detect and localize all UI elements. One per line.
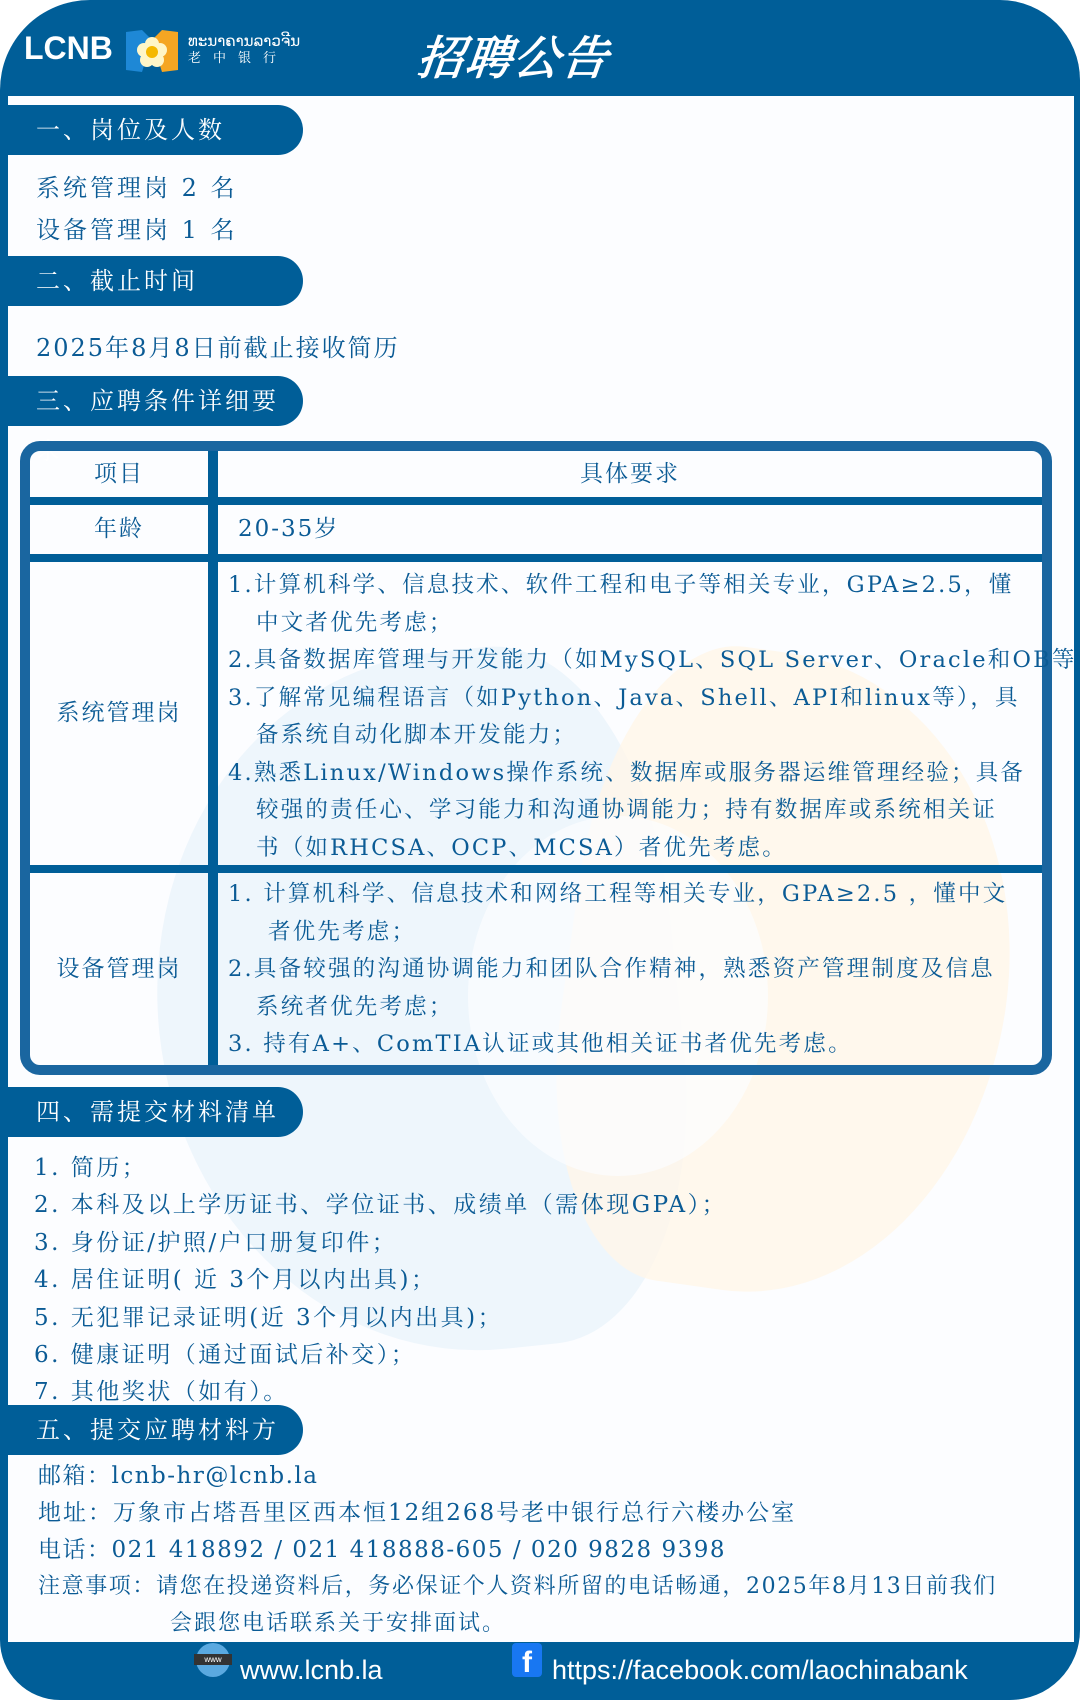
- section-header-submission: 五、提交应聘材料方式: [0, 1405, 303, 1455]
- list-item: 3. 身份证/护照/户口册复印件；: [34, 1224, 397, 1257]
- section-header-positions: 一、岗位及人数: [0, 105, 303, 155]
- notice-line-1: 注意事项：请您在投递资料后，务必保证个人资料所留的电话畅通，2025年8月13日…: [38, 1569, 997, 1600]
- requirement-line: 2.具备较强的沟通协调能力和团队合作精神，熟悉资产管理制度及信息: [228, 951, 1007, 989]
- requirement-line: 2.具备数据库管理与开发能力（如MySQL、SQL Server、Oracle和…: [228, 642, 1080, 680]
- globe-www-icon: www: [196, 1643, 230, 1677]
- list-item: 1. 简历；: [34, 1149, 147, 1182]
- requirement-line: 1.计算机科学、信息技术、软件工程和电子等相关专业，GPA≥2.5，懂: [228, 567, 1080, 605]
- poster: LCNB ທະນາຄານລາວຈີນ 老中银行 招聘公告 一、岗位及人数 系统管…: [0, 0, 1080, 1700]
- requirement-line: 书（如RHCSA、OCP、MCSA）者优先考虑。: [228, 830, 1080, 868]
- position-line-system: 系统管理岗 2 名: [36, 168, 238, 203]
- logo-subtitle: ທະນາຄານລາວຈີນ 老中银行: [188, 33, 300, 67]
- table-row-divider: [30, 554, 1042, 562]
- table-row-label-system-admin: 系统管理岗: [30, 562, 208, 865]
- website-link[interactable]: www.lcnb.la: [240, 1655, 383, 1686]
- requirement-line: 4.熟悉Linux/Windows操作系统、数据库或服务器运维管理经验；具备: [228, 755, 1080, 793]
- lcnb-logo-icon: [124, 28, 180, 74]
- contact-phone: 电话：021 418892 / 021 418888-605 / 020 982…: [38, 1531, 726, 1564]
- requirement-line: 3.了解常见编程语言（如Python、Java、Shell、API和linux等…: [228, 680, 1080, 718]
- contact-address: 地址：万象市占塔吾里区西本恒12组268号老中银行总行六楼办公室: [38, 1494, 796, 1527]
- table-cell-age-value: 20-35岁: [238, 505, 339, 554]
- logo-sub-lao: ທະນາຄານລາວຈີນ: [188, 33, 300, 50]
- list-item: 7. 其他奖状（如有）。: [34, 1373, 289, 1406]
- requirement-line: 1. 计算机科学、信息技术和网络工程等相关专业，GPA≥2.5 ，懂中文: [228, 876, 1007, 914]
- deadline-text: 2025年8月8日前截止接收简历: [36, 328, 400, 363]
- table-column-divider: [208, 451, 218, 1065]
- table-header-requirements: 具体要求: [218, 451, 1042, 497]
- table-row-divider: [30, 497, 1042, 505]
- section-header-deadline: 二、截止时间: [0, 256, 303, 306]
- section-header-materials: 四、需提交材料清单: [0, 1087, 303, 1137]
- section-header-requirements: 三、应聘条件详细要求: [0, 376, 303, 426]
- requirement-line: 中文者优先考虑；: [228, 605, 1080, 643]
- list-item: 6. 健康证明（通过面试后补交）；: [34, 1336, 416, 1369]
- table-header-item: 项目: [30, 451, 208, 497]
- table-cell-device-admin-requirements: 1. 计算机科学、信息技术和网络工程等相关专业，GPA≥2.5 ，懂中文 者优先…: [228, 876, 1007, 1064]
- requirement-line: 备系统自动化脚本开发能力；: [228, 717, 1080, 755]
- table-row-label-age: 年龄: [30, 505, 208, 554]
- requirements-table: 项目 具体要求 年龄 20-35岁 系统管理岗 1.计算机科学、信息技术、软件工…: [20, 441, 1052, 1075]
- notice-line-2: 会跟您电话联系关于安排面试。: [170, 1606, 506, 1637]
- contact-email: 邮箱：lcnb-hr@lcnb.la: [38, 1457, 319, 1490]
- page-title: 招聘公告: [415, 22, 614, 88]
- requirement-line: 3. 持有A+、ComTIA认证或其他相关证书者优先考虑。: [228, 1026, 1007, 1064]
- header: LCNB ທະນາຄານລາວຈີນ 老中银行 招聘公告: [0, 0, 1080, 96]
- requirement-line: 较强的责任心、学习能力和沟通协调能力；持有数据库或系统相关证: [228, 792, 1080, 830]
- logo-text: LCNB: [24, 30, 113, 67]
- list-item: 4. 居住证明( 近 3个月以内出具)；: [34, 1261, 436, 1294]
- table-row-label-device-admin: 设备管理岗: [30, 873, 208, 1065]
- footer: www www.lcnb.la f https://facebook.com/l…: [0, 1642, 1080, 1700]
- list-item: 5. 无犯罪记录证明(近 3个月以内出具)；: [34, 1299, 503, 1332]
- facebook-link[interactable]: https://facebook.com/laochinabank: [552, 1655, 968, 1686]
- position-line-device: 设备管理岗 1 名: [36, 210, 238, 245]
- list-item: 2. 本科及以上学历证书、学位证书、成绩单（需体现GPA）；: [34, 1186, 727, 1219]
- facebook-icon: f: [512, 1643, 542, 1677]
- requirement-line: 系统者优先考虑；: [228, 989, 1007, 1027]
- logo-sub-zh: 老中银行: [188, 50, 300, 67]
- table-cell-system-admin-requirements: 1.计算机科学、信息技术、软件工程和电子等相关专业，GPA≥2.5，懂 中文者优…: [228, 567, 1080, 867]
- requirement-line: 者优先考虑；: [228, 914, 1007, 952]
